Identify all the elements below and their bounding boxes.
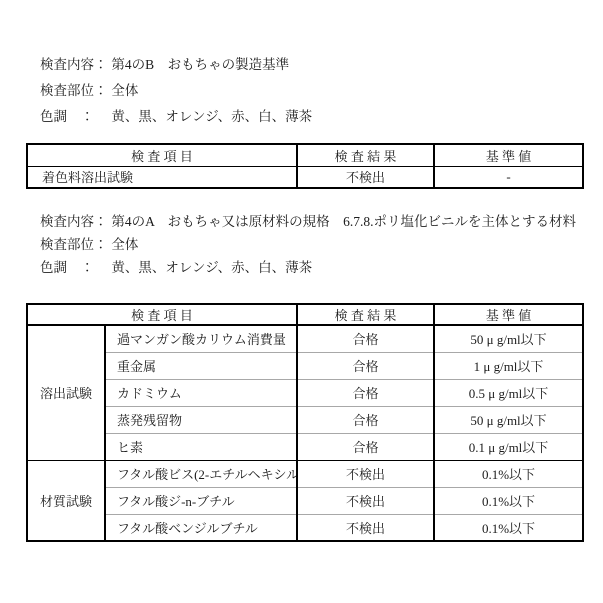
cell-result: 合格	[297, 352, 434, 379]
pvc-material-test-table: 検 査 項 目 検 査 結 果 基 準 値 溶出試験 過マンガン酸カリウム消費量…	[26, 303, 584, 542]
cell-item: 着色料溶出試験	[27, 166, 297, 188]
colorant-elution-table: 検 査 項 目 検 査 結 果 基 準 値 着色料溶出試験 不検出 -	[26, 143, 584, 189]
field-value: 黄、黒、オレンジ、赤、白、薄茶	[111, 104, 312, 130]
column-header-result: 検 査 結 果	[297, 144, 434, 166]
row-group-label-elution: 溶出試験	[27, 325, 105, 460]
cell-standard: 0.1%以下	[434, 514, 583, 541]
column-header-result: 検 査 結 果	[297, 304, 434, 325]
table-row: フタル酸ジ-n-ブチル 不検出 0.1%以下	[27, 487, 583, 514]
cell-item: ヒ素	[105, 433, 297, 460]
field-inspection-content: 検査内容： 第4のA おもちゃ又は原材料の規格 6.7.8.ポリ塩化ビニルを主体…	[40, 210, 603, 233]
field-label: 検査部位：	[40, 233, 108, 256]
cell-standard: 0.1%以下	[434, 460, 583, 487]
field-value: 全体	[111, 233, 138, 256]
field-color-tone: 色調 ： 黄、黒、オレンジ、赤、白、薄茶	[40, 104, 603, 130]
table-row: カドミウム 合格 0.5 μ g/ml以下	[27, 379, 583, 406]
table-row: 材質試験 フタル酸ビス(2-エチルヘキシル) 不検出 0.1%以下	[27, 460, 583, 487]
field-label: 色調 ：	[40, 256, 108, 279]
field-label: 検査内容：	[40, 210, 108, 233]
table-header-row: 検 査 項 目 検 査 結 果 基 準 値	[27, 144, 583, 166]
row-group-label-material: 材質試験	[27, 460, 105, 541]
field-value: 全体	[111, 78, 138, 104]
cell-item: フタル酸ベンジルブチル	[105, 514, 297, 541]
cell-item: カドミウム	[105, 379, 297, 406]
cell-result: 不検出	[297, 514, 434, 541]
cell-result: 不検出	[297, 166, 434, 188]
cell-item: 過マンガン酸カリウム消費量	[105, 325, 297, 352]
field-value: 黄、黒、オレンジ、赤、白、薄茶	[111, 256, 312, 279]
cell-standard: -	[434, 166, 583, 188]
field-value: 第4のA おもちゃ又は原材料の規格 6.7.8.ポリ塩化ビニルを主体とする材料	[111, 210, 576, 233]
cell-result: 不検出	[297, 460, 434, 487]
cell-standard: 1 μ g/ml以下	[434, 352, 583, 379]
cell-standard: 0.1%以下	[434, 487, 583, 514]
inspection-section-1: 検査内容： 第4のB おもちゃの製造基準 検査部位： 全体 色調 ： 黄、黒、オ…	[40, 0, 603, 130]
table-row: 着色料溶出試験 不検出 -	[27, 166, 583, 188]
cell-standard: 0.1 μ g/ml以下	[434, 433, 583, 460]
column-header-standard: 基 準 値	[434, 304, 583, 325]
cell-standard: 50 μ g/ml以下	[434, 325, 583, 352]
field-label: 検査内容：	[40, 52, 108, 78]
cell-result: 合格	[297, 379, 434, 406]
field-inspection-part: 検査部位： 全体	[40, 78, 603, 104]
column-header-standard: 基 準 値	[434, 144, 583, 166]
cell-item: 重金属	[105, 352, 297, 379]
inspection-report-document: 検査内容： 第4のB おもちゃの製造基準 検査部位： 全体 色調 ： 黄、黒、オ…	[0, 0, 603, 603]
column-header-item: 検 査 項 目	[27, 144, 297, 166]
column-header-item: 検 査 項 目	[27, 304, 297, 325]
table-row: 溶出試験 過マンガン酸カリウム消費量 合格 50 μ g/ml以下	[27, 325, 583, 352]
field-inspection-content: 検査内容： 第4のB おもちゃの製造基準	[40, 52, 603, 78]
cell-result: 合格	[297, 433, 434, 460]
table-row: 蒸発残留物 合格 50 μ g/ml以下	[27, 406, 583, 433]
field-label: 検査部位：	[40, 78, 108, 104]
cell-result: 合格	[297, 325, 434, 352]
field-color-tone: 色調 ： 黄、黒、オレンジ、赤、白、薄茶	[40, 256, 603, 279]
cell-standard: 50 μ g/ml以下	[434, 406, 583, 433]
field-value: 第4のB おもちゃの製造基準	[111, 52, 289, 78]
table-header-row: 検 査 項 目 検 査 結 果 基 準 値	[27, 304, 583, 325]
table-row: 重金属 合格 1 μ g/ml以下	[27, 352, 583, 379]
cell-result: 不検出	[297, 487, 434, 514]
field-label: 色調 ：	[40, 104, 108, 130]
cell-item: フタル酸ジ-n-ブチル	[105, 487, 297, 514]
cell-item: 蒸発残留物	[105, 406, 297, 433]
field-inspection-part: 検査部位： 全体	[40, 233, 603, 256]
table-row: フタル酸ベンジルブチル 不検出 0.1%以下	[27, 514, 583, 541]
table-row: ヒ素 合格 0.1 μ g/ml以下	[27, 433, 583, 460]
cell-standard: 0.5 μ g/ml以下	[434, 379, 583, 406]
cell-item: フタル酸ビス(2-エチルヘキシル)	[105, 460, 297, 487]
inspection-section-2: 検査内容： 第4のA おもちゃ又は原材料の規格 6.7.8.ポリ塩化ビニルを主体…	[40, 210, 603, 279]
cell-result: 合格	[297, 406, 434, 433]
